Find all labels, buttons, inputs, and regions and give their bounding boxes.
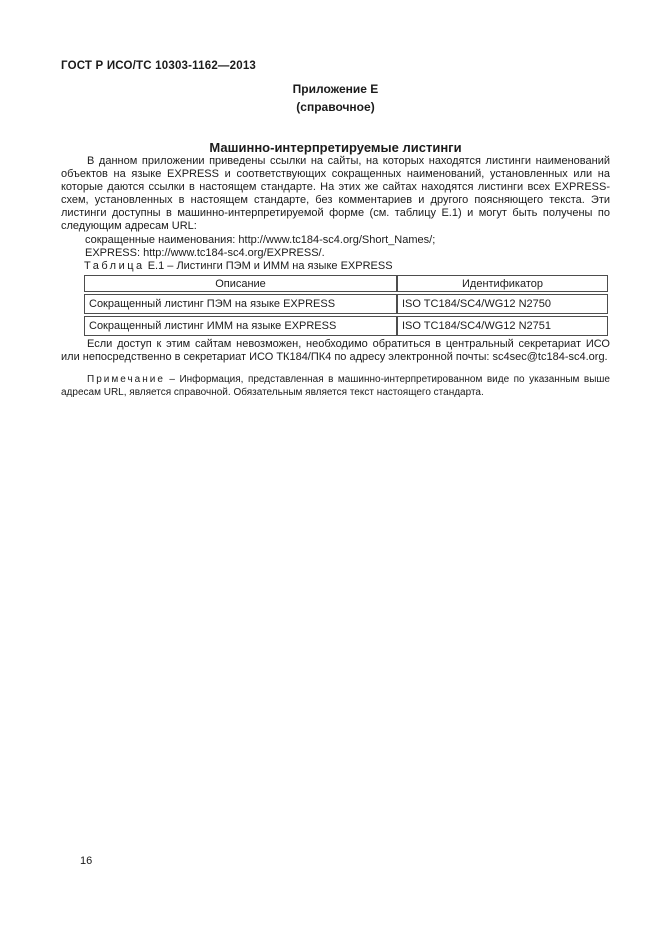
table-header-row: Описание Идентификатор <box>84 275 608 292</box>
appendix-subtitle: (справочное) <box>61 100 610 114</box>
cell-identifier: ISO TC184/SC4/WG12 N2751 <box>397 316 608 336</box>
cell-description: Сокращенный листинг ИММ на языке EXPRESS <box>84 316 397 336</box>
column-header-identifier: Идентификатор <box>397 275 608 292</box>
cell-description: Сокращенный листинг ПЭМ на языке EXPRESS <box>84 294 397 314</box>
column-header-description: Описание <box>84 275 397 292</box>
page-number: 16 <box>80 855 92 867</box>
note-paragraph: Примечание – Информация, представленная … <box>61 374 610 399</box>
url-line-express: EXPRESS: http://www.tc184-sc4.org/EXPRES… <box>61 247 610 260</box>
page-content: ГОСТ Р ИСО/ТС 10303-1162—2013 Приложение… <box>61 0 610 400</box>
url-line-short-names: сокращенные наименования: http://www.tc1… <box>61 234 610 247</box>
running-header: ГОСТ Р ИСО/ТС 10303-1162—2013 <box>61 60 610 72</box>
table-row: Сокращенный листинг ПЭМ на языке EXPRESS… <box>84 294 608 314</box>
intro-paragraph: В данном приложении приведены ссылки на … <box>61 155 610 234</box>
appendix-title: Приложение Е <box>61 82 610 96</box>
document-page: ГОСТ Р ИСО/ТС 10303-1162—2013 Приложение… <box>0 0 661 936</box>
table-caption-label: Таблица <box>84 260 145 272</box>
table-caption: Таблица Е.1 – Листинги ПЭМ и ИММ на язык… <box>61 260 610 273</box>
table-row: Сокращенный листинг ИММ на языке EXPRESS… <box>84 316 608 336</box>
table-caption-text: Е.1 – Листинги ПЭМ и ИММ на языке EXPRES… <box>148 260 393 272</box>
contact-paragraph: Если доступ к этим сайтам невозможен, не… <box>61 338 610 364</box>
cell-identifier: ISO TC184/SC4/WG12 N2750 <box>397 294 608 314</box>
section-title: Машинно-интерпретируемые листинги <box>61 140 610 155</box>
note-label: Примечание <box>87 374 165 385</box>
listings-table: Описание Идентификатор Сокращенный листи… <box>84 273 608 338</box>
